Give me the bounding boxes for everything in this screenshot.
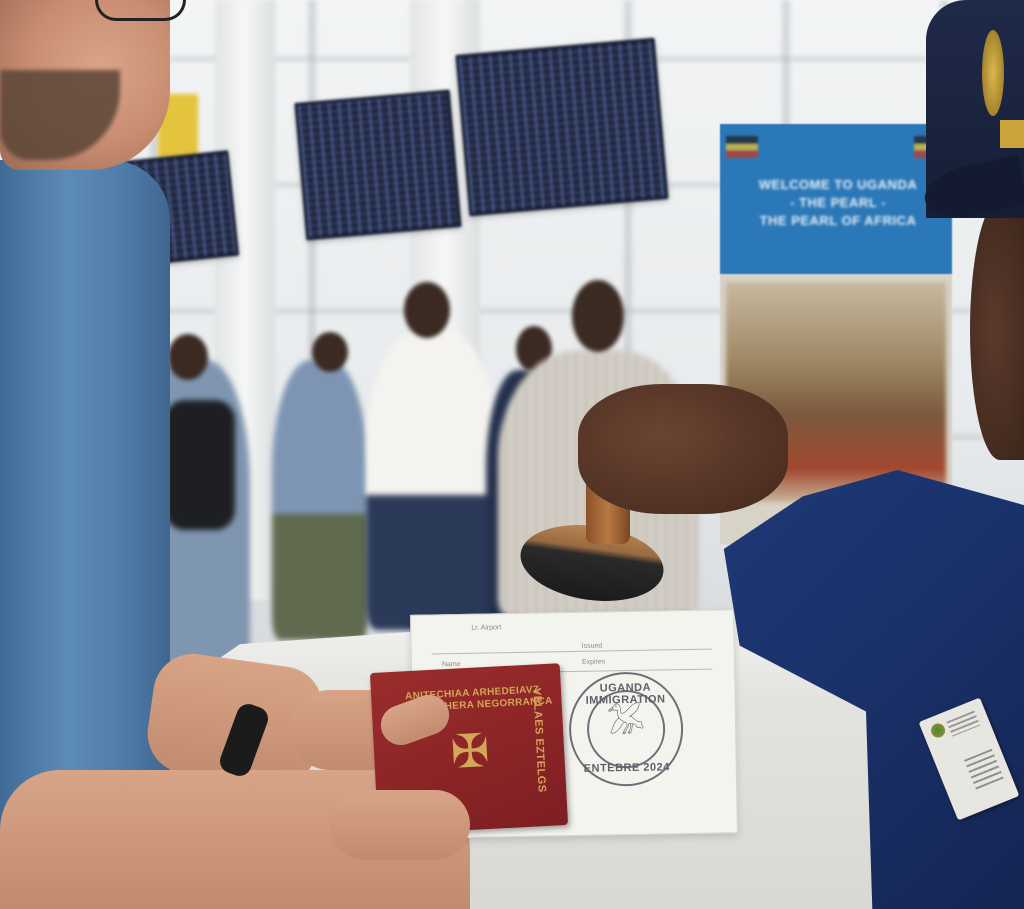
form-line	[432, 649, 712, 655]
backpack	[165, 400, 235, 530]
background-traveler	[366, 330, 498, 630]
officer-cap-band	[1000, 120, 1024, 148]
airport-immigration-scene: WELCOME TO UGANDA - THE PEARL - THE PEAR…	[0, 0, 1024, 909]
background-traveler-head	[404, 282, 450, 338]
name-tag-text	[946, 711, 980, 737]
form-label: Issued	[582, 642, 603, 649]
banner-line: WELCOME TO UGANDA	[738, 176, 938, 194]
background-traveler	[272, 360, 368, 640]
crested-crane-icon: 𓅮	[571, 703, 682, 745]
officer-hand	[578, 384, 788, 514]
cap-badge-icon	[982, 30, 1004, 116]
form-label: Expires	[582, 658, 605, 665]
form-label: Lr. Airport	[471, 624, 501, 632]
glasses-icon	[95, 0, 186, 21]
background-traveler-head	[572, 280, 624, 352]
flight-information-board	[455, 38, 668, 217]
immigration-stamp: UGANDA IMMIGRATION 𓅮 ENTEBRE 2024	[568, 671, 684, 787]
stamp-bottom-text: ENTEBRE 2024	[572, 761, 682, 775]
traveler-face	[0, 0, 170, 170]
officer-face	[970, 200, 1024, 460]
uganda-flag-icon	[726, 136, 758, 158]
banner-text: WELCOME TO UGANDA - THE PEARL - THE PEAR…	[738, 176, 938, 230]
banner-line: THE PEARL OF AFRICA	[738, 212, 938, 230]
background-traveler-head	[312, 332, 348, 372]
form-label: Name	[442, 661, 461, 668]
double-headed-eagle-icon: ✠	[441, 722, 500, 781]
flight-information-board	[294, 89, 461, 240]
banner-line: - THE PEARL -	[738, 194, 938, 212]
uganda-emblem-icon	[929, 721, 947, 739]
traveler-beard	[0, 70, 120, 160]
traveler-fingers	[330, 790, 470, 860]
background-traveler-head	[168, 334, 208, 380]
name-tag-name	[964, 749, 1004, 790]
banner-header: WELCOME TO UGANDA - THE PEARL - THE PEAR…	[720, 124, 952, 274]
